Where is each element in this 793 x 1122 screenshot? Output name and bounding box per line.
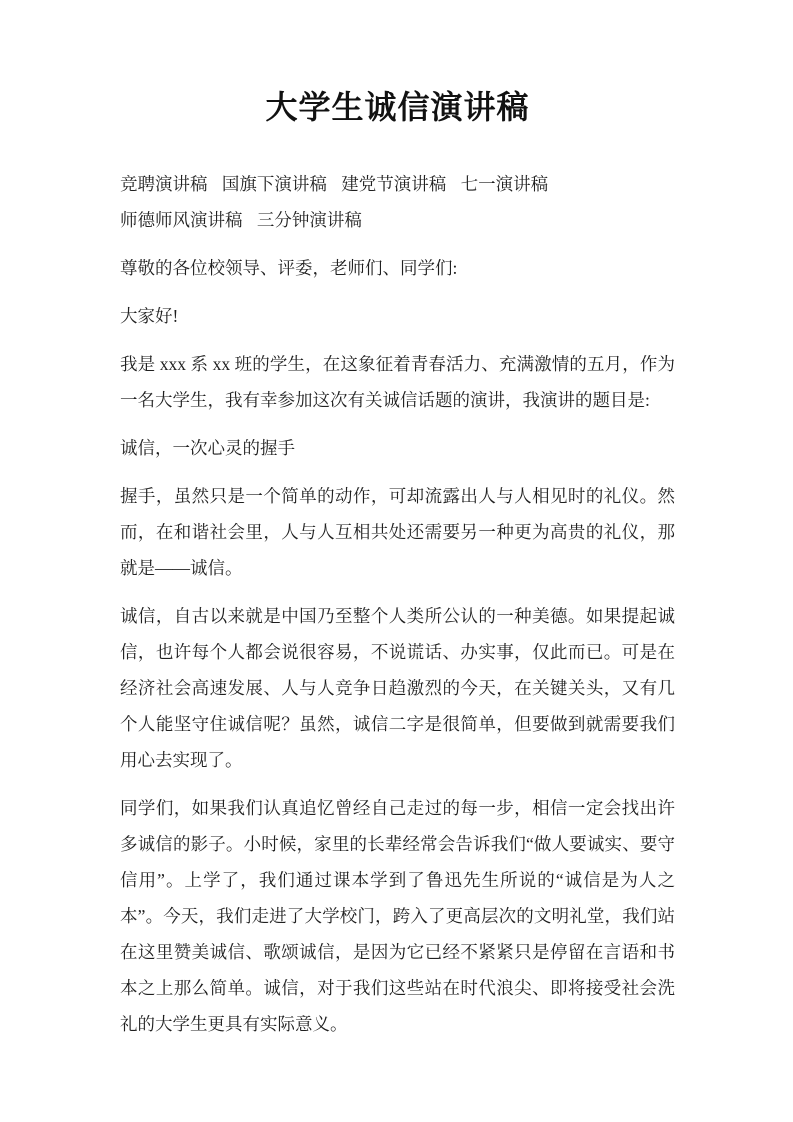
related-tags: 竞聘演讲稿 国旗下演讲稿 建党节演讲稿 七一演讲稿 师德师风演讲稿 三分钟演讲稿 bbox=[120, 166, 675, 238]
tag-item-qiyi: 七一演讲稿 bbox=[461, 174, 549, 194]
tag-item-jingpin: 竞聘演讲稿 bbox=[120, 174, 208, 194]
document-page: 大学生诚信演讲稿 竞聘演讲稿 国旗下演讲稿 建党节演讲稿 七一演讲稿 师德师风演… bbox=[0, 0, 793, 1122]
intro-paragraph: 我是 xxx 系 xx 班的学生，在这象征着青春活力、充满激情的五月，作为一名大… bbox=[120, 346, 675, 418]
tag-item-shideshifeng: 师德师风演讲稿 bbox=[120, 210, 243, 230]
body-paragraph-memory: 同学们，如果我们认真追忆曾经自己走过的每一步，相信一定会找出许多诚信的影子。小时… bbox=[120, 790, 675, 1042]
tag-item-sanfenzhong: 三分钟演讲稿 bbox=[257, 210, 362, 230]
greeting-paragraph: 大家好! bbox=[120, 298, 675, 334]
speech-subtitle-line: 诚信，一次心灵的握手 bbox=[120, 430, 675, 466]
document-title: 大学生诚信演讲稿 bbox=[120, 84, 675, 130]
salutation-paragraph: 尊敬的各位校领导、评委，老师们、同学们: bbox=[120, 250, 675, 286]
body-paragraph-handshake: 握手，虽然只是一个简单的动作，可却流露出人与人相见时的礼仪。然而，在和谐社会里，… bbox=[120, 478, 675, 586]
body-paragraph-virtue: 诚信，自古以来就是中国乃至整个人类所公认的一种美德。如果提起诚信，也许每个人都会… bbox=[120, 598, 675, 778]
tag-item-jiandangjie: 建党节演讲稿 bbox=[341, 174, 446, 194]
tag-item-guoqixia: 国旗下演讲稿 bbox=[222, 174, 327, 194]
